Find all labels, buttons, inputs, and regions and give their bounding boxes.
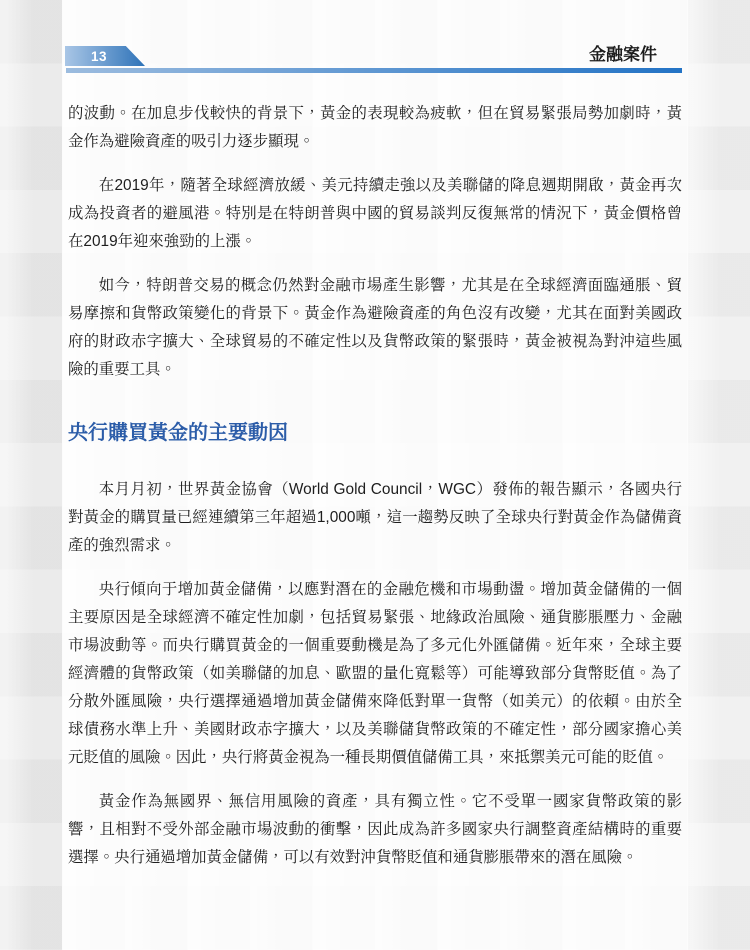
header-title: 金融案件 [589, 45, 657, 65]
document-page: 13 金融案件 的波動。在加息步伐較快的背景下，黃金的表現較為疲軟，但在貿易緊張… [62, 0, 688, 950]
header-divider [66, 68, 682, 73]
paragraph-continuation: 的波動。在加息步伐較快的背景下，黃金的表現較為疲軟，但在貿易緊張局勢加劇時，黃金… [68, 100, 682, 156]
document-content: 的波動。在加息步伐較快的背景下，黃金的表現較為疲軟，但在貿易緊張局勢加劇時，黃金… [68, 100, 682, 888]
paragraph: 央行傾向于增加黃金儲備，以應對潛在的金融危機和市場動盪。增加黃金儲備的一個主要原… [68, 576, 682, 772]
paragraph: 在2019年，隨著全球經濟放緩、美元持續走強以及美聯儲的降息週期開啟，黃金再次成… [68, 172, 682, 256]
paragraph: 如今，特朗普交易的概念仍然對金融市場產生影響，尤其是在全球經濟面臨通脹、貿易摩擦… [68, 272, 682, 384]
page-background: { "header": { "page_number": "13", "titl… [0, 0, 750, 950]
paragraph: 黃金作為無國界、無信用風險的資產，具有獨立性。它不受單一國家貨幣政策的影響，且相… [68, 788, 682, 872]
page-number: 13 [91, 49, 107, 64]
page-number-badge: 13 [65, 46, 145, 66]
section-heading: 央行購買黃金的主要動因 [68, 418, 682, 448]
paragraph: 本月月初，世界黃金協會（World Gold Council，WGC）發佈的報告… [68, 476, 682, 560]
